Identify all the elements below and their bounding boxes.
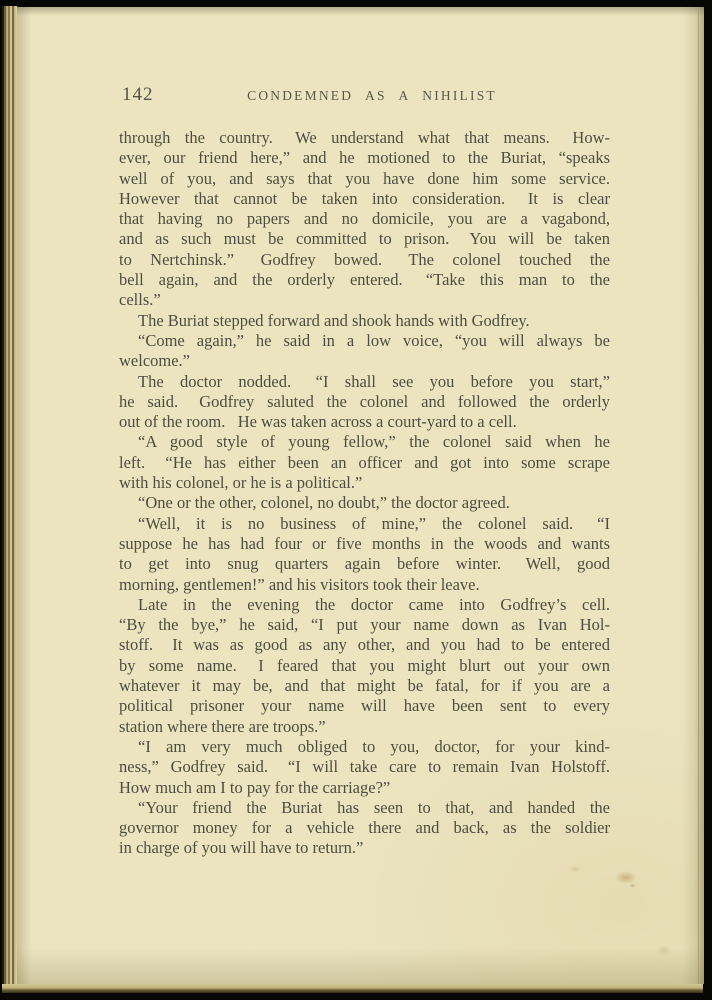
running-title: CONDEMNED AS A NIHILIST xyxy=(119,88,625,104)
text-line: “A good style of young fellow,” the colo… xyxy=(119,432,610,452)
book-spine-page-edges xyxy=(2,6,17,988)
paragraph: “I am very much obliged to you, doctor, … xyxy=(119,737,610,798)
text-line: “Your friend the Buriat has seen to that… xyxy=(119,798,610,818)
text-line: to get into snug quarters again before w… xyxy=(119,554,610,574)
text-line: ness,” Godfrey said. “I will take care t… xyxy=(119,757,610,777)
paragraph: Late in the evening the doctor came into… xyxy=(119,595,610,737)
scanned-book-page: 142 CONDEMNED AS A NIHILIST through the … xyxy=(0,0,712,1000)
paragraph: The Buriat stepped forward and shook han… xyxy=(119,311,610,331)
text-line: out of the room. He was taken across a c… xyxy=(119,412,610,432)
text-line: bell again, and the orderly entered. “Ta… xyxy=(119,270,610,290)
page-header: 142 CONDEMNED AS A NIHILIST xyxy=(119,84,611,108)
text-line: well of you, and says that you have done… xyxy=(119,169,610,189)
text-line: Late in the evening the doctor came into… xyxy=(119,595,610,615)
page-body-text: through the country. We understand what … xyxy=(119,128,610,859)
text-line: “One or the other, colonel, no doubt,” t… xyxy=(119,493,610,513)
paragraph: through the country. We understand what … xyxy=(119,128,610,311)
text-line: However that cannot be taken into consid… xyxy=(119,189,610,209)
text-line: stoff. It was as good as any other, and … xyxy=(119,635,610,655)
text-line: political prisoner your name will have b… xyxy=(119,696,610,716)
page-bottom-edges xyxy=(2,984,703,993)
text-line: governor money for a vehicle there and b… xyxy=(119,818,610,838)
text-line: left. “He has either been an officer and… xyxy=(119,453,610,473)
text-line: through the country. We understand what … xyxy=(119,128,610,148)
page-stain xyxy=(629,883,636,888)
page-stain xyxy=(615,871,637,884)
text-line: in charge of you will have to return.” xyxy=(119,838,610,858)
text-line: welcome.” xyxy=(119,351,610,371)
paragraph: The doctor nodded. “I shall see you befo… xyxy=(119,372,610,433)
text-line: to Nertchinsk.” Godfrey bowed. The colon… xyxy=(119,250,610,270)
text-line: that having no papers and no domicile, y… xyxy=(119,209,610,229)
text-line: with his colonel, or he is a political.” xyxy=(119,473,610,493)
page-right-edge-line xyxy=(698,7,699,984)
paragraph: “Well, it is no business of mine,” the c… xyxy=(119,514,610,595)
text-line: How much am I to pay for the carriage?” xyxy=(119,778,610,798)
text-line: The Buriat stepped forward and shook han… xyxy=(119,311,610,331)
text-line: The doctor nodded. “I shall see you befo… xyxy=(119,372,610,392)
text-line: suppose he has had four or five months i… xyxy=(119,534,610,554)
text-line: “Come again,” he said in a low voice, “y… xyxy=(119,331,610,351)
text-line: whatever it may be, and that might be fa… xyxy=(119,676,610,696)
text-line: “Well, it is no business of mine,” the c… xyxy=(119,514,610,534)
text-line: “By the bye,” he said, “I put your name … xyxy=(119,615,610,635)
text-line: ever, our friend here,” and he motioned … xyxy=(119,148,610,168)
text-line: cells.” xyxy=(119,290,610,310)
text-line: and as such must be committed to prison.… xyxy=(119,229,610,249)
paragraph: “Come again,” he said in a low voice, “y… xyxy=(119,331,610,372)
page-stain xyxy=(657,945,671,956)
paragraph: “Your friend the Buriat has seen to that… xyxy=(119,798,610,859)
text-line: station where there are troops.” xyxy=(119,717,610,737)
paragraph: “One or the other, colonel, no doubt,” t… xyxy=(119,493,610,513)
paragraph: “A good style of young fellow,” the colo… xyxy=(119,432,610,493)
text-line: morning, gentlemen!” and his visitors to… xyxy=(119,575,610,595)
page-stain xyxy=(569,865,581,873)
text-line: “I am very much obliged to you, doctor, … xyxy=(119,737,610,757)
text-line: he said. Godfrey saluted the colonel and… xyxy=(119,392,610,412)
page: 142 CONDEMNED AS A NIHILIST through the … xyxy=(17,7,704,984)
text-line: by some name. I feared that you might bl… xyxy=(119,656,610,676)
